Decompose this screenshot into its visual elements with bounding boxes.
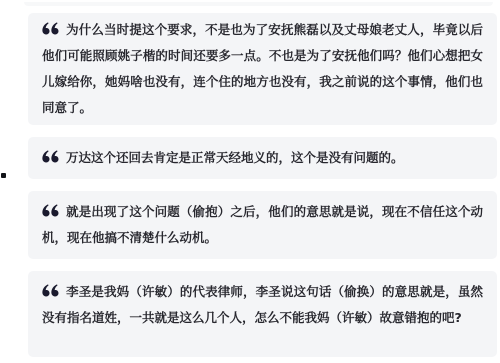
cutoff-quote-block-sliver <box>24 2 493 6</box>
quote-list: 为什么当时提这个要求，不是也为了安抚熊磊以及丈母娘老丈人，毕竟以后他们可能照顾姚… <box>28 13 497 363</box>
quote-text: 李圣是我妈（许敏）的代表律师，李圣说这句话（偷换）的意思就是，虽然没有指名道姓，… <box>42 284 483 325</box>
quote-block-4: 李圣是我妈（许敏）的代表律师，李圣说这句话（偷换）的意思就是，虽然没有指名道姓，… <box>28 271 497 357</box>
quote-text: 为什么当时提这个要求，不是也为了安抚熊磊以及丈母娘老丈人，毕竟以后他们可能照顾姚… <box>42 22 483 115</box>
quote-block-1: 为什么当时提这个要求，不是也为了安抚熊磊以及丈母娘老丈人，毕竟以后他们可能照顾姚… <box>28 13 497 125</box>
quote-block-3: 就是出现了这个问题（偷抱）之后，他们的意思就是说，现在不信任这个动机，现在他搞不… <box>28 191 497 259</box>
quote-icon <box>42 284 59 297</box>
quote-icon <box>42 150 59 163</box>
quote-block-2: 万达这个还回去肯定是正常天经地义的，这个是没有问题的。 <box>28 137 497 179</box>
quote-icon <box>42 204 59 217</box>
quote-text: 就是出现了这个问题（偷抱）之后，他们的意思就是说，现在不信任这个动机，现在他搞不… <box>42 204 483 245</box>
stray-dot-artifact <box>1 173 6 178</box>
quote-icon <box>42 22 59 35</box>
quote-text: 万达这个还回去肯定是正常天经地义的，这个是没有问题的。 <box>66 150 404 165</box>
